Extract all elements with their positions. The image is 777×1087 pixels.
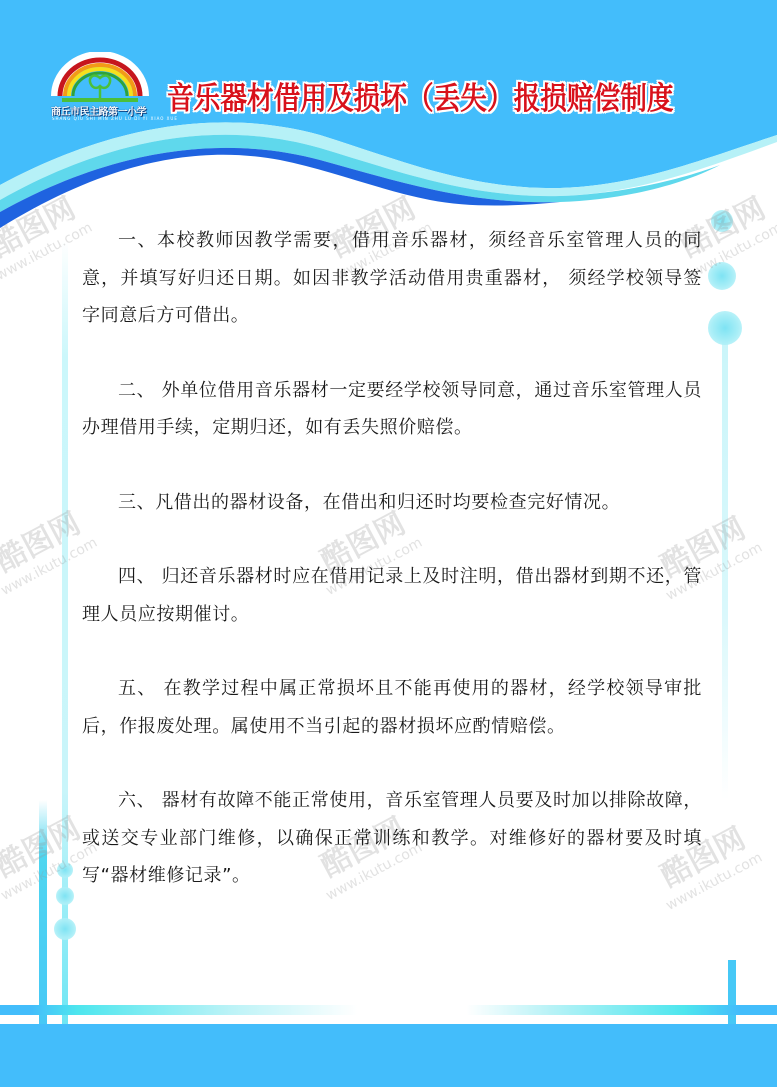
rules-body: 一、本校教师因教学需要，借用音乐器材，须经音乐室管理人员的同意，并填写好归还日期… [82,222,702,895]
rule-item-1: 一、本校教师因教学需要，借用音乐器材，须经音乐室管理人员的同意，并填写好归还日期… [82,222,702,335]
rule-item-5: 五、 在教学过程中属正常损坏且不能再使用的器材，经学校领导审批后，作报废处理。属… [82,670,702,745]
decorative-right-bar [728,960,736,1025]
decorative-dot [56,887,74,905]
decorative-dot [708,262,736,290]
decorative-dot [708,311,742,345]
rule-item-6: 六、 器材有故障不能正常使用，音乐室管理人员要及时加以排除故障，或送交专业部门维… [82,782,702,895]
decorative-right-light-bar [722,320,728,800]
footer-glow-line [0,1005,777,1015]
school-name-pinyin: SHANG QIU SHI MIN ZHU LU DI YI XIAO XUE [52,116,152,121]
decorative-left-bar [39,800,47,1025]
rule-item-2: 二、 外单位借用音乐器材一定要经学校领导同意，通过音乐室管理人员办理借用手续，定… [82,372,702,447]
poster-title: 音乐器材借用及损坏（丢失）报损赔偿制度 [167,73,674,118]
decorative-left-light-bar [62,240,68,1025]
decorative-dot [57,862,73,878]
rule-item-4: 四、 归还音乐器材时应在借用记录上及时注明，借出器材到期不还，管理人员应按期催讨… [82,558,702,633]
footer-band [0,1024,777,1087]
decorative-dot [54,918,76,940]
rule-item-3: 三、凡借出的器材设备，在借出和归还时均要检查完好情况。 [82,484,702,522]
decorative-dot [711,210,733,232]
